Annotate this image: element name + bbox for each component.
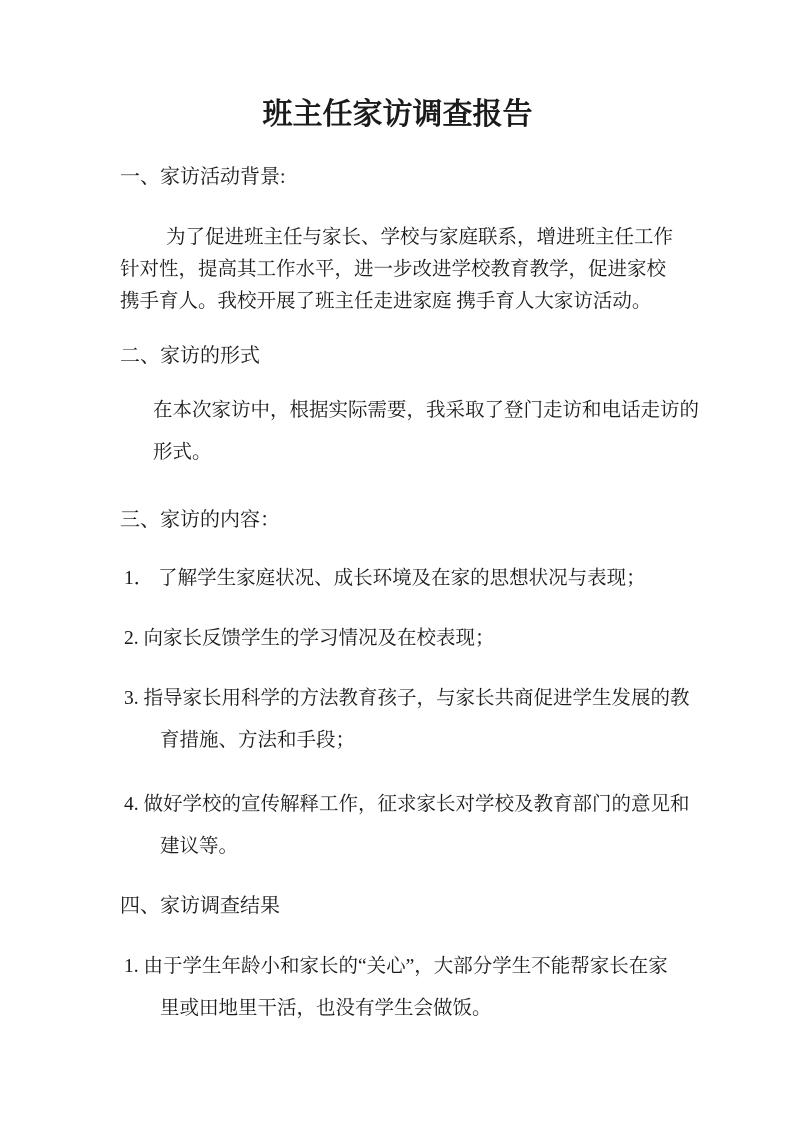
section-3-item-1-line-1: 1． 了解学生家庭状况、成长环境及在家的思想状况与表现； [124, 558, 675, 600]
section-2-paragraph: 在本次家访中，根据实际需要，我采取了登门走访和电话走访的 形式。 [120, 390, 675, 474]
section-3-item-3-line-2: 育措施、方法和手段； [160, 720, 675, 762]
section-1-heading: 一、家访活动背景: [120, 164, 675, 190]
section-4-item-1-line-1: 1. 由于学生年龄小和家长的“关心”，大部分学生不能帮家长在家 [124, 946, 675, 988]
section-4-heading: 四、家访调查结果 [120, 893, 675, 919]
document-page: 班主任家访调查报告 一、家访活动背景: 为了促进班主任与家长、学校与家庭联系，增… [0, 0, 793, 1122]
section-4-item-1: 1. 由于学生年龄小和家长的“关心”，大部分学生不能帮家长在家 里或田地里干活，… [160, 946, 675, 1030]
section-3-heading: 三、家访的内容： [120, 507, 675, 533]
document-title: 班主任家访调查报告 [120, 95, 675, 135]
section-1-paragraph-line-3: 携手育人。我校开展了班主任走进家庭 携手育人大家访活动。 [120, 286, 675, 318]
section-3-item-1: 1． 了解学生家庭状况、成长环境及在家的思想状况与表现； [160, 558, 675, 600]
section-3-item-4-line-1: 4. 做好学校的宣传解释工作，征求家长对学校及教育部门的意见和 [124, 784, 675, 826]
section-3-item-3-line-1: 3. 指导家长用科学的方法教育孩子，与家长共商促进学生发展的教 [124, 678, 675, 720]
section-2-paragraph-line-2: 形式。 [153, 432, 675, 474]
section-3-item-2: 2. 向家长反馈学生的学习情况及在校表现； [160, 618, 675, 660]
section-3-item-4: 4. 做好学校的宣传解释工作，征求家长对学校及教育部门的意见和 建议等。 [160, 784, 675, 868]
section-3-item-2-line-1: 2. 向家长反馈学生的学习情况及在校表现； [124, 618, 675, 660]
section-1-paragraph-line-1: 为了促进班主任与家长、学校与家庭联系，增进班主任工作 [120, 222, 675, 254]
section-4-item-1-line-2: 里或田地里干活，也没有学生会做饭。 [160, 988, 675, 1030]
section-1-paragraph: 为了促进班主任与家长、学校与家庭联系，增进班主任工作 针对性，提高其工作水平，进… [120, 222, 675, 318]
section-2-paragraph-line-1: 在本次家访中，根据实际需要，我采取了登门走访和电话走访的 [153, 390, 675, 432]
section-1-paragraph-line-2: 针对性，提高其工作水平，进一步改进学校教育教学，促进家校 [120, 254, 675, 286]
section-2-heading: 二、家访的形式 [120, 343, 675, 369]
section-3-item-4-line-2: 建议等。 [160, 826, 675, 868]
section-3-item-3: 3. 指导家长用科学的方法教育孩子，与家长共商促进学生发展的教 育措施、方法和手… [160, 678, 675, 762]
